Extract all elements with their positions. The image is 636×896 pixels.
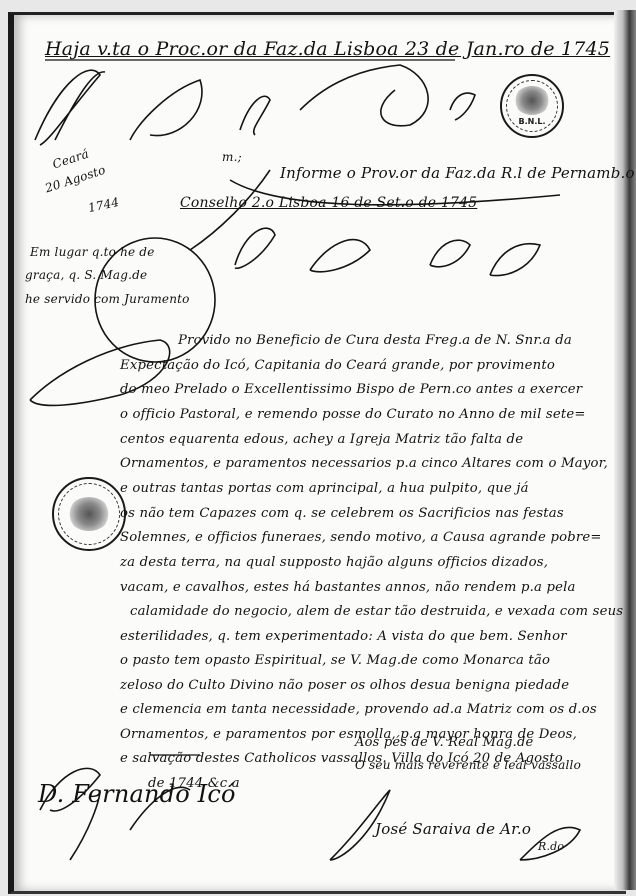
body-line: os não tem Capazes com q. se celebrem os…: [120, 506, 564, 521]
body-line: za desta terra, na qual supposto hajão a…: [120, 555, 548, 570]
conselho-line: Conselho 2.o Lisboa 16 de Set.o de 1745: [180, 195, 477, 211]
left-margin-note-line-2: graça, q. S. Mag.de: [25, 268, 147, 282]
left-margin-note-line-1: Em lugar q.to he de: [30, 245, 155, 259]
body-line: Provido no Beneficio de Cura desta Freg.…: [178, 333, 572, 348]
stamp-ring: [506, 80, 558, 132]
body-line: zeloso do Culto Divino não poser os olho…: [120, 678, 569, 693]
body-line: do meo Prelado o Excellentissimo Bispo d…: [120, 382, 582, 397]
signature-right: José Saraiva de Ar.o: [375, 820, 531, 838]
body-line: Solemnes, e officios funeraes, sendo mot…: [120, 530, 602, 545]
body-line: o pasto tem opasto Espiritual, se V. Mag…: [120, 653, 550, 668]
closing-line-1: Aos pés de V. Real Mag.de: [355, 735, 533, 750]
body-line: vacam, e cavalhos, estes há bastantes an…: [120, 580, 576, 595]
body-line: e clemencia em tanta necessidade, proven…: [120, 702, 597, 717]
body-line: centos equarenta edous, achey a Igreja M…: [120, 432, 523, 447]
body-line: Ornamentos, e paramentos necessarios p.a…: [120, 456, 608, 471]
body-line: e outras tantas portas com aprincipal, a…: [120, 481, 529, 496]
body-line: calamidade do negocio, alem de estar tão…: [130, 604, 623, 619]
informe-line: Informe o Prov.or da Faz.da R.l de Perna…: [280, 164, 635, 182]
body-line: Expectação do Icó, Capitania do Ceará gr…: [120, 358, 555, 373]
closing-line-2: O seu mais reverente e leal vassallo: [355, 758, 581, 772]
signature-rubric: R.do: [538, 840, 564, 853]
library-stamp-top-right: B.N.L.: [500, 74, 564, 138]
document-header-line: Haja v.ta o Proc.or da Faz.da Lisboa 23 …: [45, 38, 610, 60]
body-line: esterilidades, q. tem experimentado: A v…: [120, 629, 567, 644]
stamp-ring: [58, 483, 120, 545]
body-line: o officio Pastoral, e remendo posse do C…: [120, 407, 586, 422]
left-margin-note-line-3: he servido com Juramento: [25, 292, 190, 306]
archive-stamp-left: [52, 477, 126, 551]
signature-left: D. Fernando Icó: [38, 780, 236, 808]
mm-mark: m.;: [222, 150, 242, 164]
